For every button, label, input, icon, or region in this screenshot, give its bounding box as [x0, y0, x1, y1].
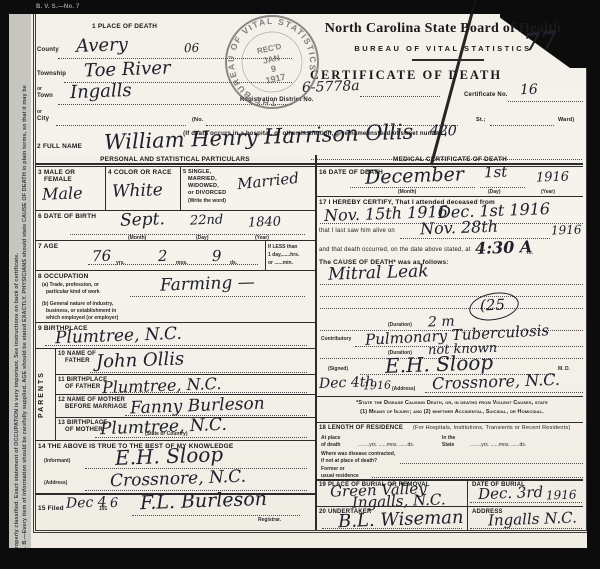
st-label: St.;: [476, 117, 486, 123]
race-label: 4 COLOR OR RACE: [108, 169, 172, 176]
township-label: Township: [37, 71, 66, 78]
center-divider: [315, 155, 317, 530]
residence-label2: (For Hospitals, Institutions, Transients…: [413, 425, 570, 431]
burial-divider: [467, 479, 468, 530]
cell-divider: [265, 240, 266, 270]
street-no-label: (No.: [192, 117, 204, 123]
sex-value: Male: [42, 183, 83, 203]
dod-day-line: [480, 186, 525, 188]
date-of-death-month: December: [365, 163, 465, 188]
contributory-cap: Contributory: [321, 336, 351, 342]
registrar-line: [132, 514, 300, 516]
county-value: Avery: [76, 34, 129, 57]
undertaker-line: [322, 527, 462, 529]
mother-birthplace-line: [95, 436, 307, 438]
signed-address-cap: (Address): [392, 386, 415, 392]
if-less-cap3: or ......min.: [268, 260, 293, 266]
dod-month-line: [350, 186, 475, 188]
marital-write-word-cap: (Write the word): [188, 198, 226, 204]
stamp-year: 1917: [265, 72, 287, 86]
parents-group-label: PARENTS: [38, 352, 52, 438]
cause-code-value: (25: [480, 296, 506, 315]
scan-edge-right: [587, 0, 600, 569]
death-time-value: 4:30 A: [475, 237, 533, 258]
received-stamp: THE BUREAU OF VITAL STATISTICS REC'D JAN…: [212, 2, 333, 123]
filed-year-value: 6: [110, 496, 119, 511]
contracted-line: [400, 462, 583, 464]
dob-month-value: Sept.: [120, 209, 165, 231]
header-rule: [412, 59, 484, 61]
county-code-value: 06: [184, 41, 200, 56]
death-m-cap: m.: [527, 250, 533, 256]
marital-label1: 5 SINGLE,: [183, 169, 211, 175]
certificate-no-line: [508, 100, 583, 102]
age-label: 7 AGE: [38, 243, 58, 250]
certificate-title: CERTIFICATE OF DEATH: [300, 68, 512, 82]
rule: [35, 210, 315, 211]
registrar-cap: Registrar.: [258, 517, 281, 523]
occupation-value: Farming —: [160, 272, 255, 295]
father-name-label: 10 NAME OF: [58, 351, 96, 358]
rule: [35, 166, 315, 167]
marital-label2: MARRIED,: [188, 176, 217, 182]
rule: [35, 440, 315, 441]
margin-note-line2: properly classified. Exact statement of …: [14, 253, 20, 552]
cause-line3: [320, 307, 583, 309]
left-column-header: PERSONAL AND STATISTICAL PARTICULARS: [40, 156, 310, 163]
md-cap: M. D.: [558, 366, 570, 372]
rule: [316, 422, 583, 423]
undertaker-address-line: [470, 527, 582, 529]
margin-note-line1: N. B.—Every item of information should b…: [22, 85, 28, 552]
dod-year-cap: (Year): [541, 189, 555, 195]
st-line: [490, 124, 554, 126]
burial-date-line: [470, 501, 582, 503]
right-column-header: MEDICAL CERTIFICATE OF DEATH: [320, 156, 580, 163]
occupation-a-cap1: (a) Trade, profession, or: [42, 282, 99, 288]
occupation-b-cap2: business, or establishment in: [46, 308, 116, 314]
sex-label2: FEMALE: [44, 176, 72, 183]
at-place-cap2: of death: [321, 442, 340, 448]
cause-footnote-line2: (1) Means of Injury; and (2) whether Acc…: [322, 409, 582, 417]
date-of-death-year: 1916: [536, 169, 570, 185]
signed-address-line: [425, 391, 583, 393]
town-label: Town: [37, 93, 53, 100]
father-name-label2: FATHER: [65, 358, 90, 365]
ward-label: Ward): [558, 117, 574, 123]
certificate-no-value: 16: [520, 82, 538, 99]
full-name-annotation: 420: [430, 123, 457, 140]
cause-footnote-line1: *State the Disease Causing Death, or, in…: [322, 400, 582, 408]
in-state-units: ........yrs. ......mos. ......ds.: [470, 442, 526, 448]
registrar-signature: F.L. Burleson: [140, 488, 268, 514]
contracted-cap2: if not at place of death?: [321, 458, 377, 464]
last-saw-year: 1916: [551, 222, 582, 237]
rule: [35, 322, 315, 323]
cause-line2: [320, 295, 583, 297]
mother-name-label2: BEFORE MARRIAGE: [65, 404, 127, 411]
occupation-b-cap3: which employed (or employer): [46, 315, 118, 321]
residence-label: 18 LENGTH OF RESIDENCE: [319, 425, 403, 432]
rule: [316, 396, 583, 397]
rule: [35, 240, 315, 241]
occupation-line: [130, 295, 305, 297]
former-line: [372, 476, 583, 478]
dob-day-value: 22nd: [190, 212, 224, 228]
document-number: 77: [523, 24, 559, 56]
date-of-death-day: 1st: [484, 163, 508, 182]
age-line: [88, 263, 258, 265]
informant-address-cap: (Address): [44, 480, 67, 486]
informant-cap: (Informant): [44, 458, 70, 464]
cell-divider: [105, 166, 106, 210]
or-town-prefix: or: [37, 86, 42, 92]
father-name-line: [90, 371, 307, 373]
cause-of-death-value: Mitral Leak: [328, 261, 429, 284]
dod-month-cap: (Month): [398, 189, 416, 195]
last-saw-label: that I last saw him alive on: [319, 228, 395, 235]
rule: [56, 394, 315, 395]
section-place-of-death: 1 PLACE OF DEATH: [92, 23, 157, 30]
contracted-cap1: Where was disease contracted,: [321, 451, 395, 457]
duration-cap1: (Duration): [388, 322, 412, 328]
marital-label3: WIDOWED,: [188, 183, 219, 189]
filed-label: 15 Filed: [38, 505, 64, 512]
if-less-cap2: 1 day,......hrs.: [268, 252, 299, 258]
dob-label: 6 DATE OF BIRTH: [38, 213, 96, 220]
former-cap1: Former or: [321, 466, 345, 472]
at-place-cap1: At place: [321, 435, 340, 441]
rule: [35, 270, 315, 271]
occupation-a-cap2: particular kind of work: [46, 289, 100, 295]
signed-cap: (Signed): [328, 366, 348, 372]
full-name-label: 2 FULL NAME: [37, 143, 82, 150]
county-label: County: [37, 47, 59, 54]
death-certificate-scan: N. B.—Every item of information should b…: [0, 0, 600, 569]
death-occurred-label: and that death occurred, on the date abo…: [319, 247, 471, 254]
dod-day-cap: (Day): [488, 189, 501, 195]
birthplace-line: [45, 344, 307, 346]
cell-divider: [180, 166, 181, 210]
city-label: City: [37, 116, 49, 123]
dob-year-value: 1840: [248, 214, 282, 230]
race-value: White: [112, 180, 163, 202]
scan-edge-bottom: [0, 548, 600, 569]
mother-name-label: 12 NAME OF MOTHER: [58, 397, 125, 404]
scan-edge-left: [0, 0, 9, 569]
city-line: [56, 124, 186, 126]
registration-district-line: [360, 95, 440, 97]
informant-signature: E.H. Sloop: [115, 442, 224, 470]
occupation-label: 8 OCCUPATION: [38, 273, 89, 280]
or-city-prefix: or: [37, 109, 42, 115]
mother-birthplace-label2: OF MOTHER: [65, 427, 103, 434]
last-saw-value: Nov. 28th: [420, 217, 499, 239]
dob-line: [70, 233, 305, 235]
in-state-cap1: In the: [442, 435, 455, 441]
certificate-no-label: Certificate No.: [464, 92, 508, 99]
cause-line1: [320, 283, 583, 285]
in-state-cap2: State: [442, 442, 454, 448]
signed-year-value: 1916: [363, 379, 391, 393]
at-place-units: ........yrs. ......mos. ......ds.: [358, 442, 414, 448]
father-birthplace-label2: OF FATHER: [65, 384, 100, 391]
township-value: Toe River: [84, 57, 171, 81]
rule: [316, 196, 583, 197]
form-number: B. V. S.—No. 7: [36, 4, 80, 11]
occupation-b-cap1: (b) General nature of industry,: [42, 301, 113, 307]
scan-left-margin: N. B.—Every item of information should b…: [9, 0, 31, 556]
rule: [316, 479, 583, 481]
marital-label4: or DIVORCED: [188, 190, 226, 196]
filed-year-printed: 191: [99, 506, 107, 512]
father-birthplace-label: 11 BIRTHPLACE: [58, 377, 107, 384]
father-name-value: John Ollis: [96, 348, 185, 372]
town-value: Ingalls: [70, 80, 132, 103]
if-less-cap1: If LESS than: [268, 244, 297, 250]
father-birthplace-line: [110, 391, 307, 393]
